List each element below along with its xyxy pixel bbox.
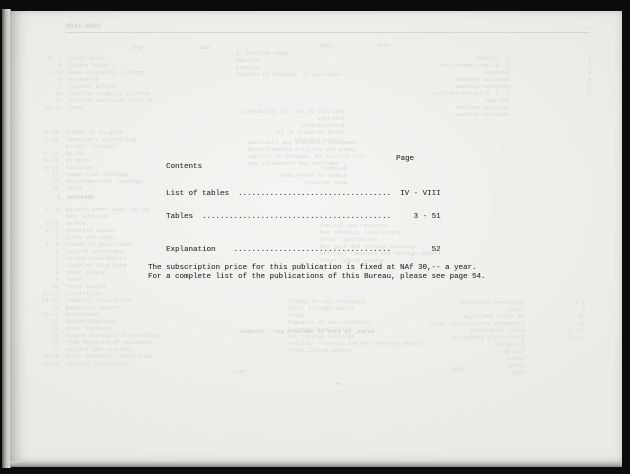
toc-row-explanation: Explanation ............................… bbox=[148, 238, 441, 262]
subscription-note-line2: For a complete list of the publications … bbox=[148, 273, 486, 281]
toc-dot-leader: ........................................… bbox=[193, 213, 414, 221]
toc-row-list-of-tables: List of tables .........................… bbox=[148, 182, 441, 206]
toc-page-ref: 52 bbox=[432, 246, 441, 254]
toc-entry-label: List of tables bbox=[166, 190, 229, 198]
page-column-heading: Page bbox=[396, 155, 414, 163]
toc-entry-label: Tables bbox=[166, 213, 193, 221]
toc-dot-leader: .................................. bbox=[229, 190, 400, 198]
toc-dot-leader: ................................... bbox=[216, 246, 432, 254]
printed-content: Contents Page List of tables ...........… bbox=[0, 0, 630, 474]
toc-page-ref: IV - VIII bbox=[400, 190, 441, 198]
toc-entry-label: Explanation bbox=[166, 246, 216, 254]
toc-row-tables: Tables .................................… bbox=[148, 205, 441, 229]
contents-heading: Contents bbox=[166, 163, 202, 171]
toc-page-ref: 3 - 51 bbox=[414, 213, 441, 221]
subscription-note-line1: The subscription price for this publicat… bbox=[148, 264, 477, 272]
scanned-page-screenshot: { "toc": { "heading": "Contents", "page_… bbox=[0, 0, 630, 474]
